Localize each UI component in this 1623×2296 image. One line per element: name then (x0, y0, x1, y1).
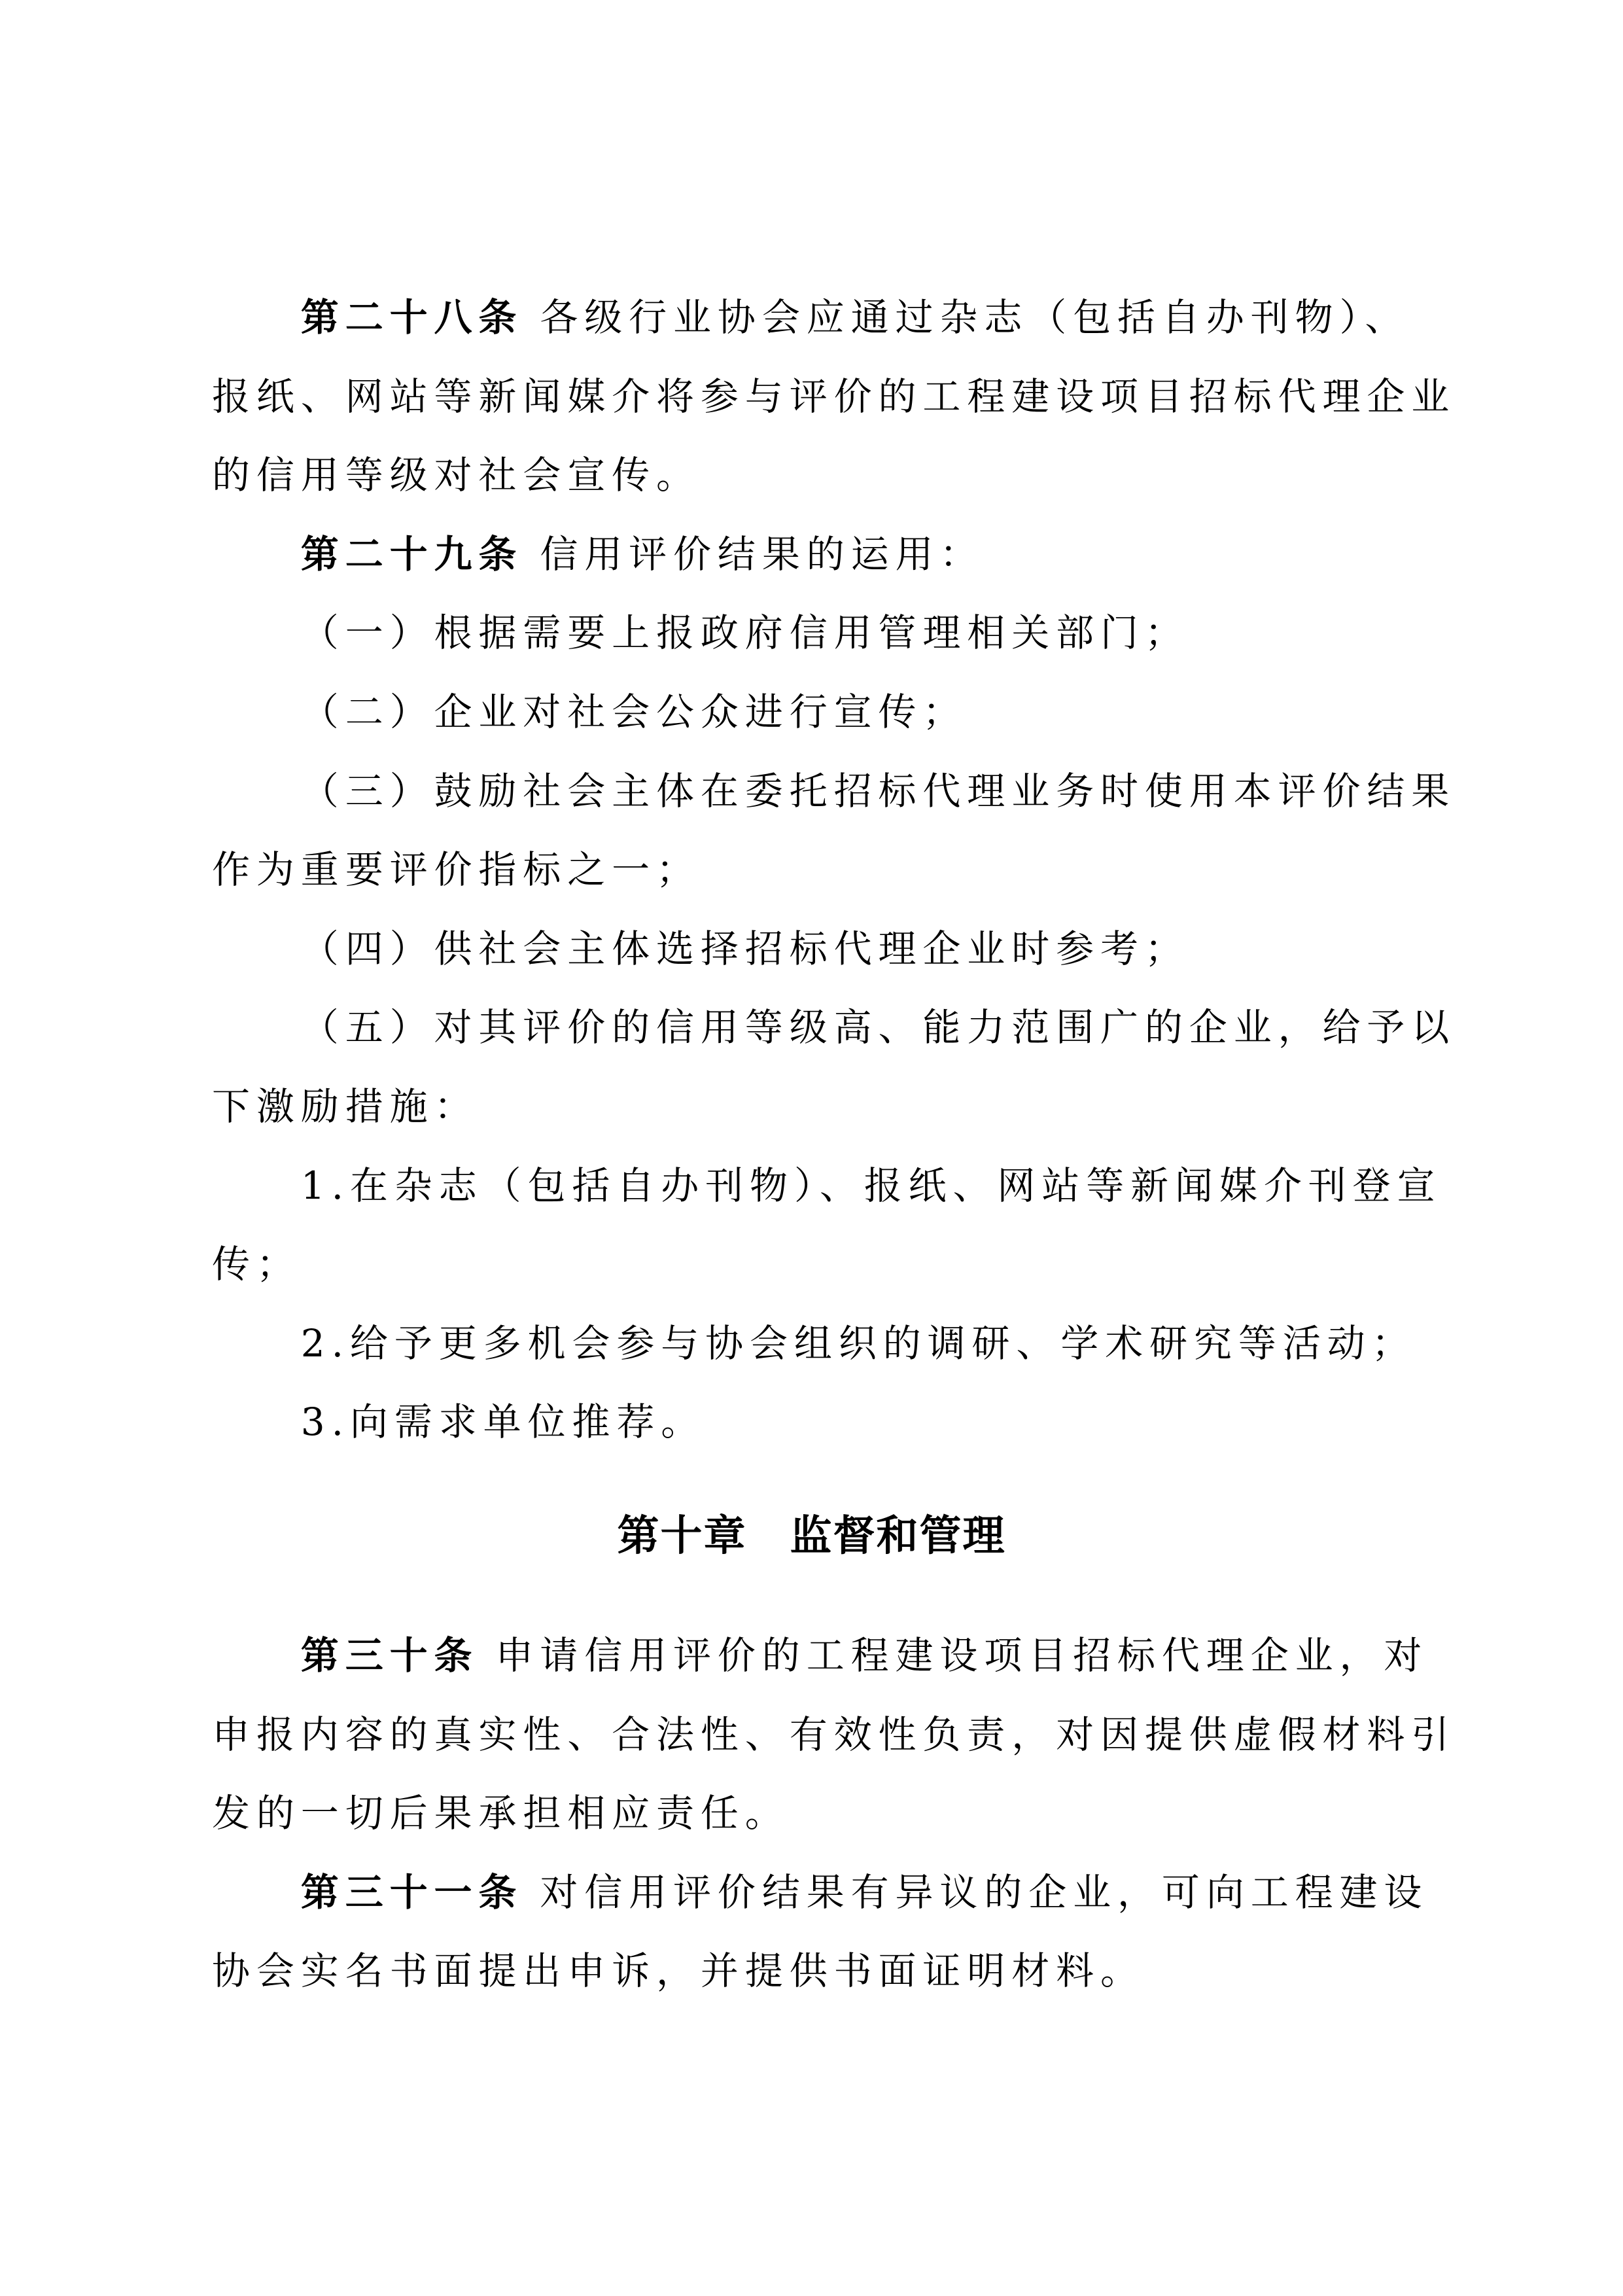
chapter-number: 第十章 (618, 1512, 747, 1561)
article-30-text: 申请信用评价的工程建设项目招标代理企业，对 (495, 1633, 1428, 1678)
list-item-4: （四）供社会主体选择招标代理企业时参考； (212, 910, 1416, 989)
chapter-heading: 第十章 监督和管理 (0, 1505, 1623, 1568)
article-30-line-1: 第三十条申请信用评价的工程建设项目招标代理企业，对 (212, 1616, 1416, 1695)
incentive-item-1-cont: 传； (212, 1225, 1416, 1304)
article-31-label: 第三十一条 (301, 1870, 523, 1915)
article-30-line-3: 发的一切后果承担相应责任。 (212, 1774, 1416, 1853)
article-28-line-3: 的信用等级对社会宣传。 (212, 436, 1416, 515)
incentive-item-2: 2.给予更多机会参与协会组织的调研、学术研究等活动； (212, 1304, 1416, 1383)
article-29-label: 第二十九条 (301, 532, 523, 576)
list-item-2: （二）企业对社会公众进行宣传； (212, 673, 1416, 752)
article-30-line-2: 申报内容的真实性、合法性、有效性负责，对因提供虚假材料引 (212, 1695, 1416, 1775)
article-30-label: 第三十条 (301, 1633, 479, 1678)
list-item-3: （三）鼓励社会主体在委托招标代理业务时使用本评价结果 (212, 752, 1416, 831)
articles-28-29: 第二十八条各级行业协会应通过杂志（包括自办刊物）、 报纸、网站等新闻媒介将参与评… (212, 278, 1416, 1462)
chapter-gap (747, 1512, 790, 1561)
article-28-line-2: 报纸、网站等新闻媒介将参与评价的工程建设项目招标代理企业 (212, 357, 1416, 436)
article-28-label: 第二十八条 (301, 295, 523, 340)
list-item-5-cont: 下激励措施： (212, 1067, 1416, 1146)
list-item-3-cont: 作为重要评价指标之一； (212, 830, 1416, 910)
chapter-title: 监督和管理 (790, 1512, 1006, 1561)
list-item-1: （一）根据需要上报政府信用管理相关部门； (212, 593, 1416, 673)
article-28-line-1: 第二十八条各级行业协会应通过杂志（包括自办刊物）、 (212, 278, 1416, 357)
incentive-item-1: 1.在杂志（包括自办刊物）、报纸、网站等新闻媒介刊登宣 (212, 1146, 1416, 1226)
articles-30-31: 第三十条申请信用评价的工程建设项目招标代理企业，对 申报内容的真实性、合法性、有… (212, 1616, 1416, 2011)
list-item-5: （五）对其评价的信用等级高、能力范围广的企业，给予以 (212, 988, 1416, 1067)
document-page: 第二十八条各级行业协会应通过杂志（包括自办刊物）、 报纸、网站等新闻媒介将参与评… (0, 0, 1623, 2296)
article-31-line-1: 第三十一条对信用评价结果有异议的企业，可向工程建设 (212, 1853, 1416, 1932)
article-29-line-1: 第二十九条信用评价结果的运用： (212, 515, 1416, 594)
article-29-text: 信用评价结果的运用： (540, 532, 984, 576)
article-31-line-2: 协会实名书面提出申诉，并提供书面证明材料。 (212, 1932, 1416, 2011)
incentive-item-3: 3.向需求单位推荐。 (212, 1383, 1416, 1462)
article-28-text: 各级行业协会应通过杂志（包括自办刊物）、 (540, 295, 1409, 340)
article-31-text: 对信用评价结果有异议的企业，可向工程建设 (540, 1870, 1428, 1915)
